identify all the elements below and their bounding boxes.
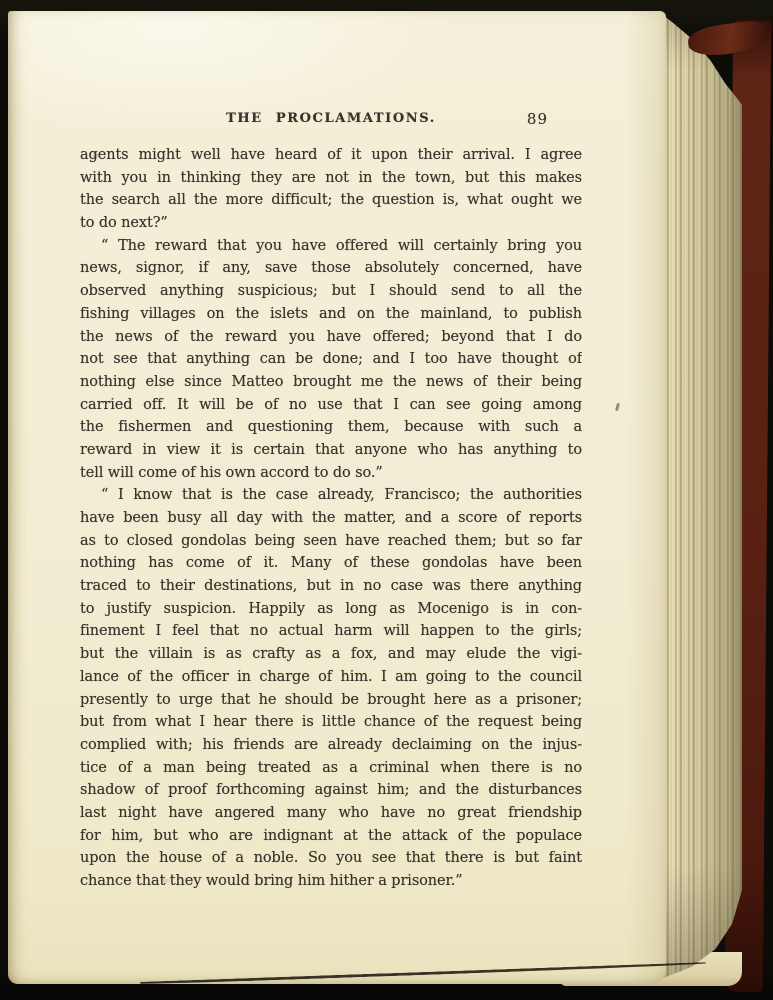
text-line: but from what I hear there is little cha… [80, 711, 582, 734]
text-line: presently to urge that he should be brou… [80, 689, 582, 712]
text-line: last night have angered many who have no… [80, 802, 582, 825]
text-line: agents might well have heard of it upon … [80, 144, 582, 167]
text-line: upon the house of a noble. So you see th… [80, 847, 582, 870]
text-line: nothing has come of it. Many of these go… [80, 552, 582, 575]
text-line: with you in thinking they are not in the… [80, 167, 582, 190]
paragraph: agents might well have heard of it upon … [80, 144, 582, 235]
text-line: but the villain is as crafty as a fox, a… [80, 643, 582, 666]
running-header-title: THE PROCLAMATIONS. [80, 111, 582, 126]
text-line: the news of the reward you have offered;… [80, 326, 582, 349]
text-line: news, signor, if any, save those absolut… [80, 257, 582, 280]
text-line: traced to their destinations, but in no … [80, 575, 582, 598]
text-line: as to closed gondolas being seen have re… [80, 530, 582, 553]
stacked-page-edges [659, 12, 742, 982]
text-line: fishing villages on the islets and on th… [80, 303, 582, 326]
text-line: not see that anything can be done; and I… [80, 348, 582, 371]
paper-speck [615, 403, 620, 411]
text-line: the fishermen and questioning them, beca… [80, 416, 582, 439]
body-text: agents might well have heard of it upon … [80, 144, 582, 893]
text-line: to do next?” [80, 212, 582, 235]
page-header: THE PROCLAMATIONS. 89 [80, 111, 582, 131]
text-line: observed anything suspicious; but I shou… [80, 280, 582, 303]
text-line: carried off. It will be of no use that I… [80, 394, 582, 417]
page-number: 89 [527, 110, 548, 128]
text-line: finement I feel that no actual harm will… [80, 620, 582, 643]
text-line: reward in view it is certain that anyone… [80, 439, 582, 462]
scanned-book-photo: THE PROCLAMATIONS. 89 agents might well … [0, 0, 773, 1000]
text-line: have been busy all day with the matter, … [80, 507, 582, 530]
text-line: chance that they would bring him hither … [80, 870, 582, 893]
text-line: complied with; his friends are already d… [80, 734, 582, 757]
text-line: lance of the officer in charge of him. I… [80, 666, 582, 689]
text-line: for him, but who are indignant at the at… [80, 825, 582, 848]
text-line: tice of a man being treated as a crimina… [80, 757, 582, 780]
book-page: THE PROCLAMATIONS. 89 agents might well … [8, 11, 666, 984]
text-line: the search all the more difficult; the q… [80, 189, 582, 212]
paragraph: “ I know that is the case already, Franc… [80, 484, 582, 892]
text-line: shadow of proof forthcoming against him;… [80, 779, 582, 802]
text-line: tell will come of his own accord to do s… [80, 462, 582, 485]
text-line: “ The reward that you have offered will … [80, 235, 582, 258]
text-line: to justify suspicion. Happily as long as… [80, 598, 582, 621]
paragraph: “ The reward that you have offered will … [80, 235, 582, 485]
text-line: “ I know that is the case already, Franc… [80, 484, 582, 507]
text-line: nothing else since Matteo brought me the… [80, 371, 582, 394]
